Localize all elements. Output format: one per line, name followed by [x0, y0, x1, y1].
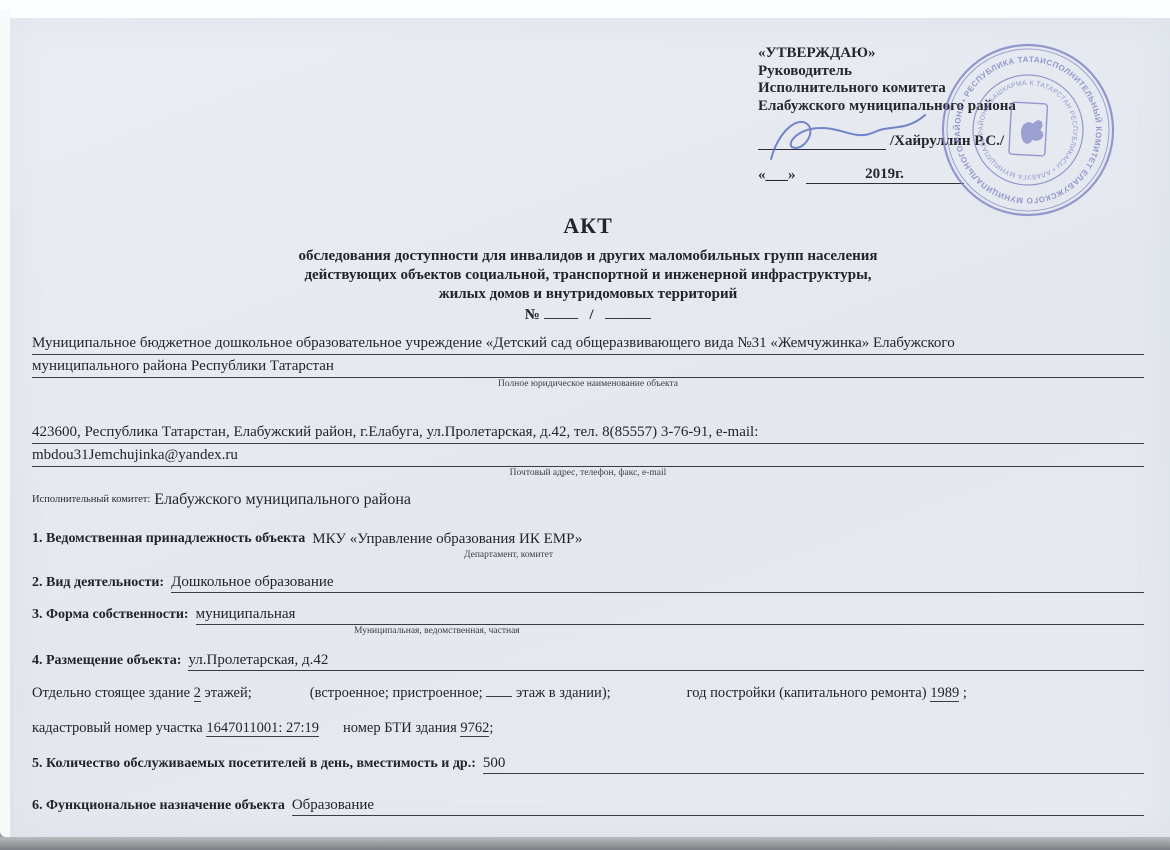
floor-in-building-blank [486, 696, 512, 697]
subtitle-line: действующих объектов социальной, транспо… [32, 266, 1144, 285]
document-subtitle: обследования доступности для инвалидов и… [32, 247, 1144, 304]
floors-value: 2 [194, 685, 201, 702]
org-name-line1: Муниципальное бюджетное дошкольное образ… [32, 332, 955, 355]
field3-caption: Муниципальная, ведомственная, частная [354, 626, 1144, 637]
field-departmental-affiliation: 1. Ведомственная принадлежность объекта … [32, 529, 1144, 549]
org-name-block: Муниципальное бюджетное дошкольное образ… [32, 332, 1144, 390]
built-in-text: (встроенное; пристроенное; этаж в здании… [310, 683, 611, 703]
construction-year-text: год постройки (капитального ремонта) 198… [687, 683, 967, 703]
cadastre-value: 1647011001: 27:19 [206, 720, 319, 737]
field-activity-type: 2. Вид деятельности: Дошкольное образова… [32, 573, 1144, 593]
document-content: АКТ обследования доступности для инвалид… [10, 18, 1170, 837]
document-page: «УТВЕРЖДАЮ» Руководитель Исполнительного… [10, 18, 1170, 837]
scanner-edge-top [0, 0, 1170, 18]
address-caption: Почтовый адрес, телефон, факс, e-mail [32, 468, 1144, 479]
field1-caption: Департамент, комитет [464, 550, 1144, 561]
field-value: 500 [483, 753, 506, 774]
number-separator: / [589, 307, 593, 323]
executive-committee-row: Исполнительный комитет: Елабужского муни… [32, 489, 1144, 511]
subtitle-line: жилых домов и внутридомовых территорий [32, 285, 1144, 304]
field-functional-purpose: 6. Функциональное назначение объекта Обр… [32, 796, 1144, 816]
field-value: Дошкольное образование [171, 572, 333, 593]
building-details-row: Отдельно стоящее здание 2 этажей; (встро… [32, 683, 1144, 703]
field-object-location: 4. Размещение объекта: ул.Пролетарская, … [32, 651, 1144, 671]
field-label: 5. Количество обслуживаемых посетителей … [32, 754, 476, 774]
executive-committee-label: Исполнительный комитет: [32, 489, 150, 511]
scanned-document: { "approval": { "heading": "«УТВЕРЖДАЮ»"… [0, 0, 1170, 850]
field-value: муниципальная [196, 604, 296, 625]
address-line2: mbdou31Jemchujinka@yandex.ru [32, 444, 238, 467]
cadastre-row: кадастровый номер участка 1647011001: 27… [32, 718, 1144, 738]
executive-committee-value: Елабужского муниципального района [154, 489, 411, 511]
scanner-edge-left [0, 10, 10, 837]
field-label: 2. Вид деятельности: [32, 573, 164, 593]
subtitle-line: обследования доступности для инвалидов и… [32, 247, 1144, 266]
scanner-edge-bottom [0, 837, 1170, 850]
org-name-line2: муниципального района Республики Татарст… [32, 355, 334, 378]
field-ownership-form: 3. Форма собственности: муниципальная [32, 605, 1144, 625]
document-number-line: № / [32, 305, 1144, 325]
field-label: 3. Форма собственности: [32, 605, 189, 625]
field-label: 4. Размещение объекта: [32, 651, 181, 671]
field-label: 6. Функциональное назначение объекта [32, 796, 285, 816]
number-blank-1 [544, 318, 578, 319]
field-value: ул.Пролетарская, д.42 [188, 650, 328, 671]
detached-building-text: Отдельно стоящее здание 2 этажей; [32, 683, 252, 703]
field-label: 1. Ведомственная принадлежность объекта [32, 529, 305, 549]
cadastre-text: кадастровый номер участка 1647011001: 27… [32, 718, 319, 738]
number-blank-2 [605, 318, 651, 319]
field-value: МКУ «Управление образования ИК ЕМР» [312, 529, 582, 549]
org-name-caption: Полное юридическое наименование объекта [32, 379, 1144, 390]
field-value: Образование [292, 795, 374, 816]
address-block: 423600, Республика Татарстан, Елабужский… [32, 421, 1144, 479]
bti-value: 9762 [460, 720, 489, 737]
address-line1: 423600, Республика Татарстан, Елабужский… [32, 421, 758, 444]
field-visitors-per-day: 5. Количество обслуживаемых посетителей … [32, 754, 1144, 774]
number-sign: № [525, 307, 540, 323]
document-title: АКТ [32, 213, 1144, 239]
year-built-value: 1989 [930, 685, 959, 702]
bti-text: номер БТИ здания 9762; [343, 718, 493, 738]
